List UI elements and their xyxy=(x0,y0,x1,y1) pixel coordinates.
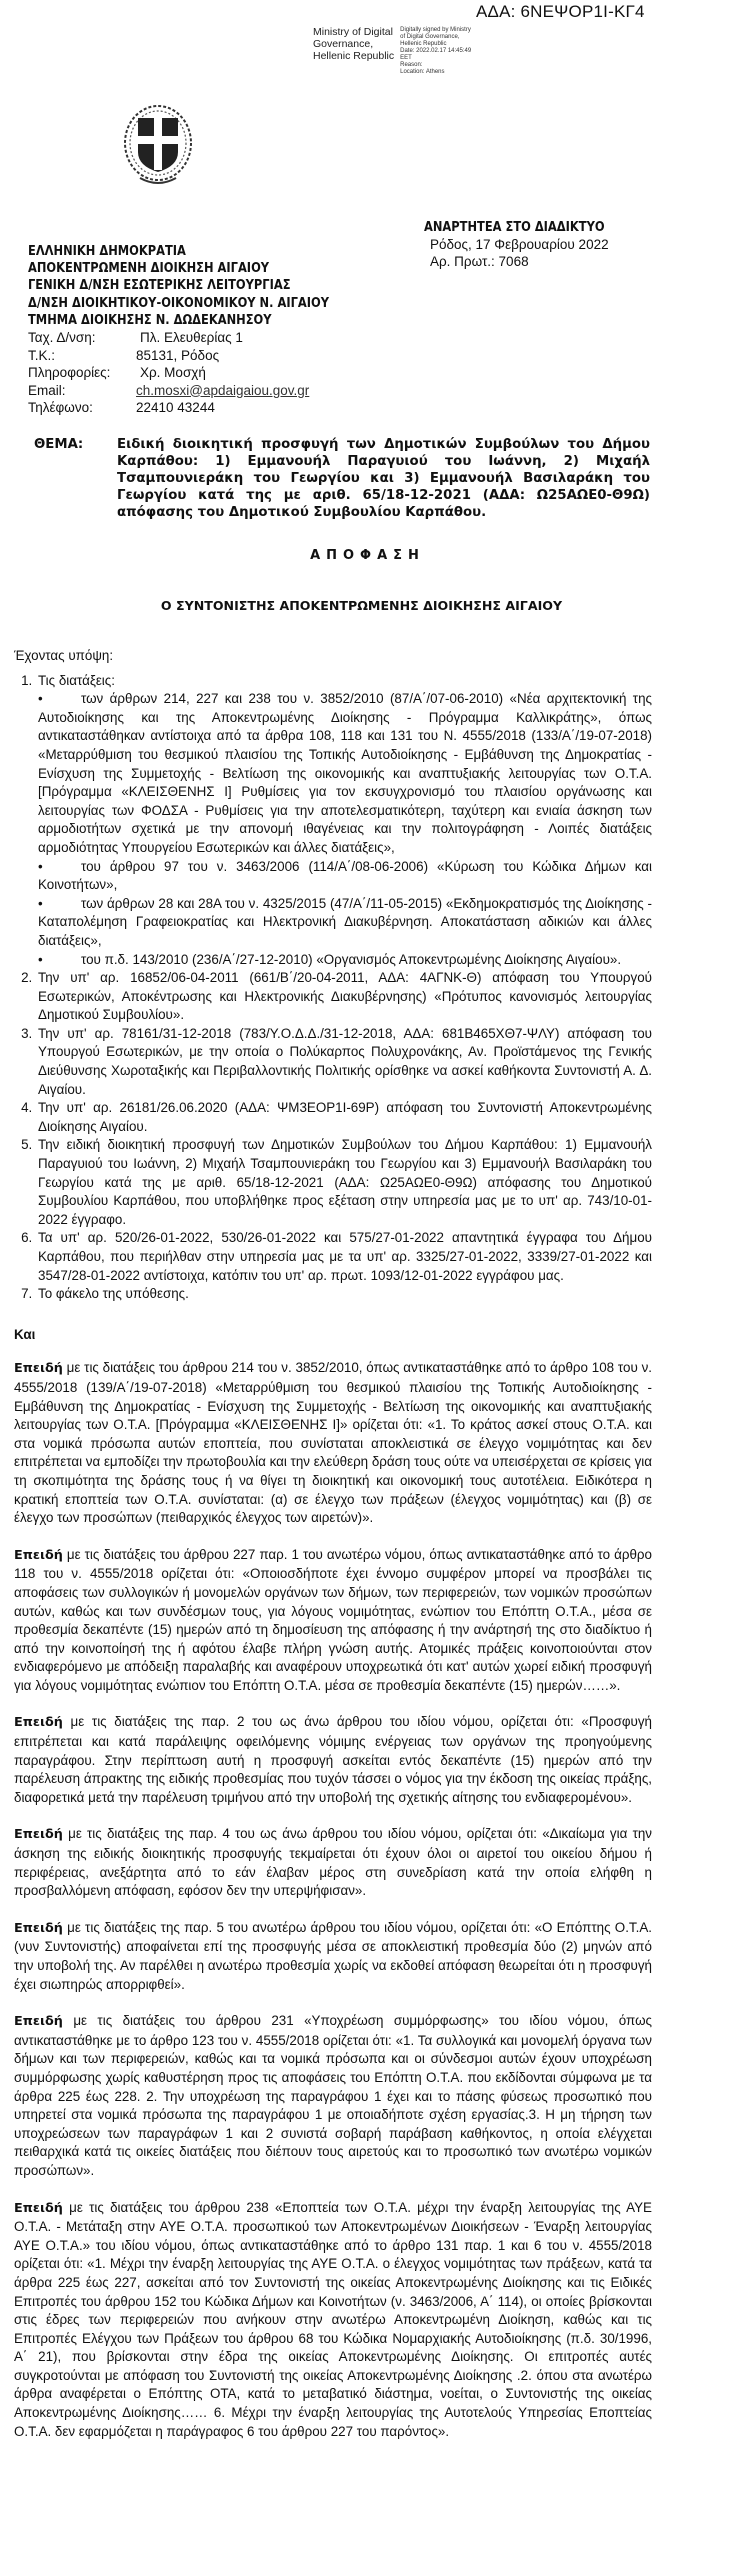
contact-label: Πληροφορίες: xyxy=(28,364,136,382)
whereas-paragraph: Επειδή με τις διατάξεις του άρθρου 227 π… xyxy=(14,1546,652,1696)
considerations-list: Τις διατάξεις: •των άρθρων 214, 227 και … xyxy=(14,672,652,1304)
whereas-paragraph: Επειδή με τις διατάξεις της παρ. 5 του α… xyxy=(14,1919,652,1994)
decision-issuer: Ο ΣΥΝΤΟΝΙΣΤΗΣ ΑΠΟΚΕΝΤΡΩΜΕΝΗΣ ΔΙΟΙΚΗΣΗΣ Α… xyxy=(0,598,737,613)
decision-title: ΑΠΟΦΑΣΗ xyxy=(0,548,743,563)
provision-item: •του π.δ. 143/2010 (236/Α΄/27-12-2010) «… xyxy=(38,951,652,970)
consideration-item: Την υπ' αρ. 16852/06-04-2011 (661/Β΄/20-… xyxy=(36,969,652,1025)
consideration-item: Την υπ' αρ. 78161/31-12-2018 (783/Υ.Ο.Δ.… xyxy=(36,1025,652,1099)
whereas-lead: Επειδή xyxy=(14,1548,63,1563)
contact-value: Χρ. Μοσχή xyxy=(136,364,370,382)
whereas-lead: Επειδή xyxy=(14,2014,63,2029)
contact-info: Ταχ. Δ/νση: Πλ. Ελευθερίας 1 Τ.Κ.: 85131… xyxy=(28,329,370,417)
whereas-lead: Επειδή xyxy=(14,1921,63,1936)
provision-item: •του άρθρου 97 του ν. 3463/2006 (114/Α΄/… xyxy=(38,858,652,895)
document-body: Έχοντας υπόψη: Τις διατάξεις: •των άρθρω… xyxy=(14,647,652,2459)
header-right-block: ΑΝΑΡΤΗΤΕΑ ΣΤΟ ΔΙΑΔΙΚΤΥΟ Ρόδος, 17 Φεβρου… xyxy=(424,218,629,270)
org-line: Δ/ΝΣΗ ΔΙΟΙΚΗΤΙΚΟΥ-ΟΙΚΟΝΟΜΙΚΟΥ Ν. ΑΙΓΑΙΟΥ xyxy=(28,295,329,312)
whereas-paragraph: Επειδή με τις διατάξεις του άρθρου 238 «… xyxy=(14,2199,652,2442)
protocol-number: Αρ. Πρωτ.: 7068 xyxy=(424,253,629,270)
provision-item: •των άρθρων 214, 227 και 238 του ν. 3852… xyxy=(38,690,652,857)
signature-details: Digitally signed by Ministry of Digital … xyxy=(400,26,471,76)
subject-block: ΘΕΜΑ: Ειδική διοικητική προσφυγή των Δημ… xyxy=(34,436,650,521)
ada-code: ΑΔΑ: 6ΝΕΨΟΡ1Ι-ΚΓ4 xyxy=(476,2,645,22)
place-date: Ρόδος, 17 Φεβρουαρίου 2022 xyxy=(424,236,629,253)
and-label: Και xyxy=(14,1326,652,1345)
consideration-item: Την ειδική διοικητική προσφυγή των Δημοτ… xyxy=(36,1136,652,1229)
having-regard-label: Έχοντας υπόψη: xyxy=(14,647,652,666)
contact-label: Email: xyxy=(28,382,136,400)
whereas-paragraph: Επειδή με τις διατάξεις της παρ. 2 του ω… xyxy=(14,1713,652,1807)
whereas-lead: Επειδή xyxy=(14,1715,63,1730)
bullet-icon: • xyxy=(38,895,81,914)
greek-emblem-icon xyxy=(118,100,198,190)
org-line: ΕΛΛΗΝΙΚΗ ΔΗΜΟΚΡΑΤΙΑ xyxy=(28,243,329,260)
email-link[interactable]: ch.mosxi@apdaigaiou.gov.gr xyxy=(136,382,370,400)
consideration-item: Τα υπ' αρ. 520/26-01-2022, 530/26-01-202… xyxy=(36,1229,652,1285)
contact-value: 22410 43244 xyxy=(136,399,370,417)
contact-label: Τ.Κ.: xyxy=(28,347,136,365)
consideration-item: Τις διατάξεις: •των άρθρων 214, 227 και … xyxy=(36,672,652,970)
contact-value: 85131, Ρόδος xyxy=(136,347,370,365)
document-page: ΑΔΑ: 6ΝΕΨΟΡ1Ι-ΚΓ4 Ministry of Digital Go… xyxy=(0,0,751,2560)
bullet-icon: • xyxy=(38,690,81,709)
bullet-icon: • xyxy=(38,951,81,970)
bullet-icon: • xyxy=(38,858,81,877)
consideration-item: Το φάκελο της υπόθεσης. xyxy=(36,1285,652,1304)
subject-label: ΘΕΜΑ: xyxy=(34,436,117,521)
issuing-authority: ΕΛΛΗΝΙΚΗ ΔΗΜΟΚΡΑΤΙΑ ΑΠΟΚΕΝΤΡΩΜΕΝΗ ΔΙΟΙΚΗ… xyxy=(28,243,370,417)
whereas-lead: Επειδή xyxy=(14,1361,63,1376)
provisions-list: •των άρθρων 214, 227 και 238 του ν. 3852… xyxy=(38,690,652,969)
whereas-paragraph: Επειδή με τις διατάξεις του άρθρου 231 «… xyxy=(14,2012,652,2180)
consideration-item: Την υπ' αρ. 26181/26.06.2020 (ΑΔΑ: ΨΜ3ΕΟ… xyxy=(36,1099,652,1136)
whereas-paragraph: Επειδή με τις διατάξεις του άρθρου 214 τ… xyxy=(14,1359,652,1527)
provision-item: •των άρθρων 28 και 28Α του ν. 4325/2015 … xyxy=(38,895,652,951)
contact-label: Ταχ. Δ/νση: xyxy=(28,329,136,347)
contact-value: Πλ. Ελευθερίας 1 xyxy=(136,329,370,347)
whereas-lead: Επειδή xyxy=(14,1827,63,1842)
subject-text: Ειδική διοικητική προσφυγή των Δημοτικών… xyxy=(117,436,650,521)
org-line: ΓΕΝΙΚΗ Δ/ΝΣΗ ΕΣΩΤΕΡΙΚΗΣ ΛΕΙΤΟΥΡΓΙΑΣ xyxy=(28,277,329,294)
org-line: ΑΠΟΚΕΝΤΡΩΜΕΝΗ ΔΙΟΙΚΗΣΗ ΑΙΓΑΙΟΥ xyxy=(28,260,329,277)
whereas-lead: Επειδή xyxy=(14,2201,63,2216)
digital-signature: Ministry of Digital Governance, Hellenic… xyxy=(313,26,471,76)
post-online-label: ΑΝΑΡΤΗΤΕΑ ΣΤΟ ΔΙΑΔΙΚΤΥΟ xyxy=(424,219,605,236)
contact-label: Τηλέφωνο: xyxy=(28,399,136,417)
org-line: ΤΜΗΜΑ ΔΙΟΙΚΗΣΗΣ Ν. ΔΩΔΕΚΑΝΗΣΟΥ xyxy=(28,312,329,329)
whereas-paragraph: Επειδή με τις διατάξεις της παρ. 4 του ω… xyxy=(14,1825,652,1900)
signature-signer: Ministry of Digital Governance, Hellenic… xyxy=(313,26,394,76)
